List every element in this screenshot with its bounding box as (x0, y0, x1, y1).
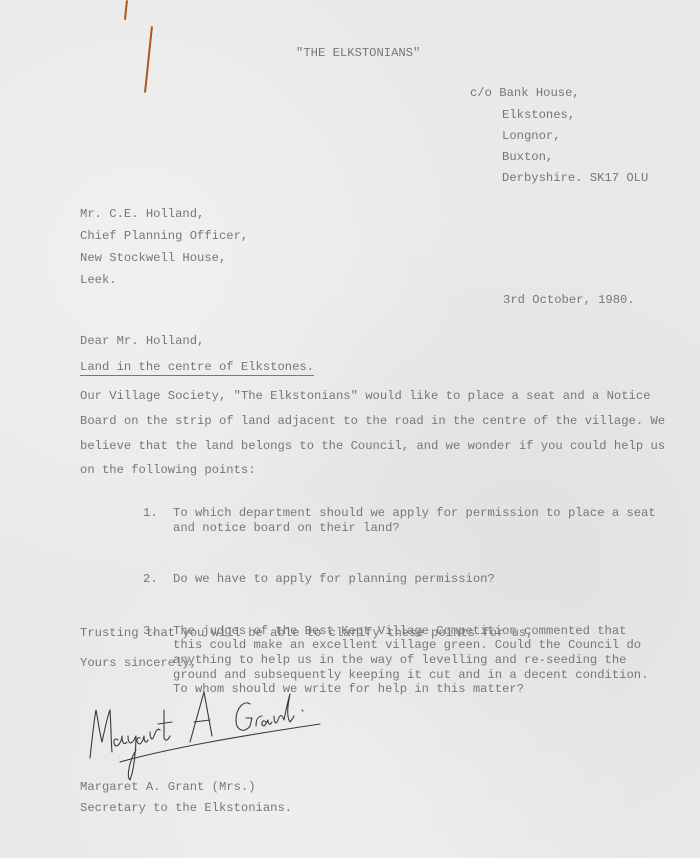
handwritten-signature (80, 680, 340, 790)
point-number: 1. (143, 506, 173, 535)
point-number: 2. (143, 572, 173, 587)
recipient-line: Leek. (80, 273, 117, 287)
valediction: Yours sincerely, (80, 656, 197, 670)
point-text: Do we have to apply for planning permiss… (173, 572, 495, 587)
subject-line: Land in the centre of Elkstones. (80, 360, 314, 376)
signatory-title: Secretary to the Elkstonians. (80, 801, 292, 815)
recipient-line: Chief Planning Officer, (80, 229, 248, 243)
recipient-line: Mr. C.E. Holland, (80, 207, 204, 221)
sender-address-line: c/o Bank House, (470, 86, 580, 100)
letter-date: 3rd October, 1980. (503, 293, 635, 307)
sender-address-line: Elkstones, (502, 108, 575, 122)
point-text: To which department should we apply for … (173, 506, 663, 535)
list-item: 2. Do we have to apply for planning perm… (143, 572, 663, 587)
sender-address-line: Longnor, (502, 129, 561, 143)
signatory-name: Margaret A. Grant (Mrs.) (80, 780, 256, 794)
sender-address-line: Buxton, (502, 150, 553, 164)
letterhead: "THE ELKSTONIANS" (296, 46, 420, 60)
closing-line: Trusting that you will be able to clarif… (80, 626, 533, 640)
rust-mark (144, 26, 153, 93)
list-item: 1. To which department should we apply f… (143, 506, 663, 535)
sender-address-line: Derbyshire. SK17 OLU (502, 171, 648, 185)
intro-paragraph: Our Village Society, "The Elkstonians" w… (80, 384, 680, 483)
salutation: Dear Mr. Holland, (80, 334, 204, 348)
rust-mark (124, 0, 128, 20)
recipient-line: New Stockwell House, (80, 251, 226, 265)
